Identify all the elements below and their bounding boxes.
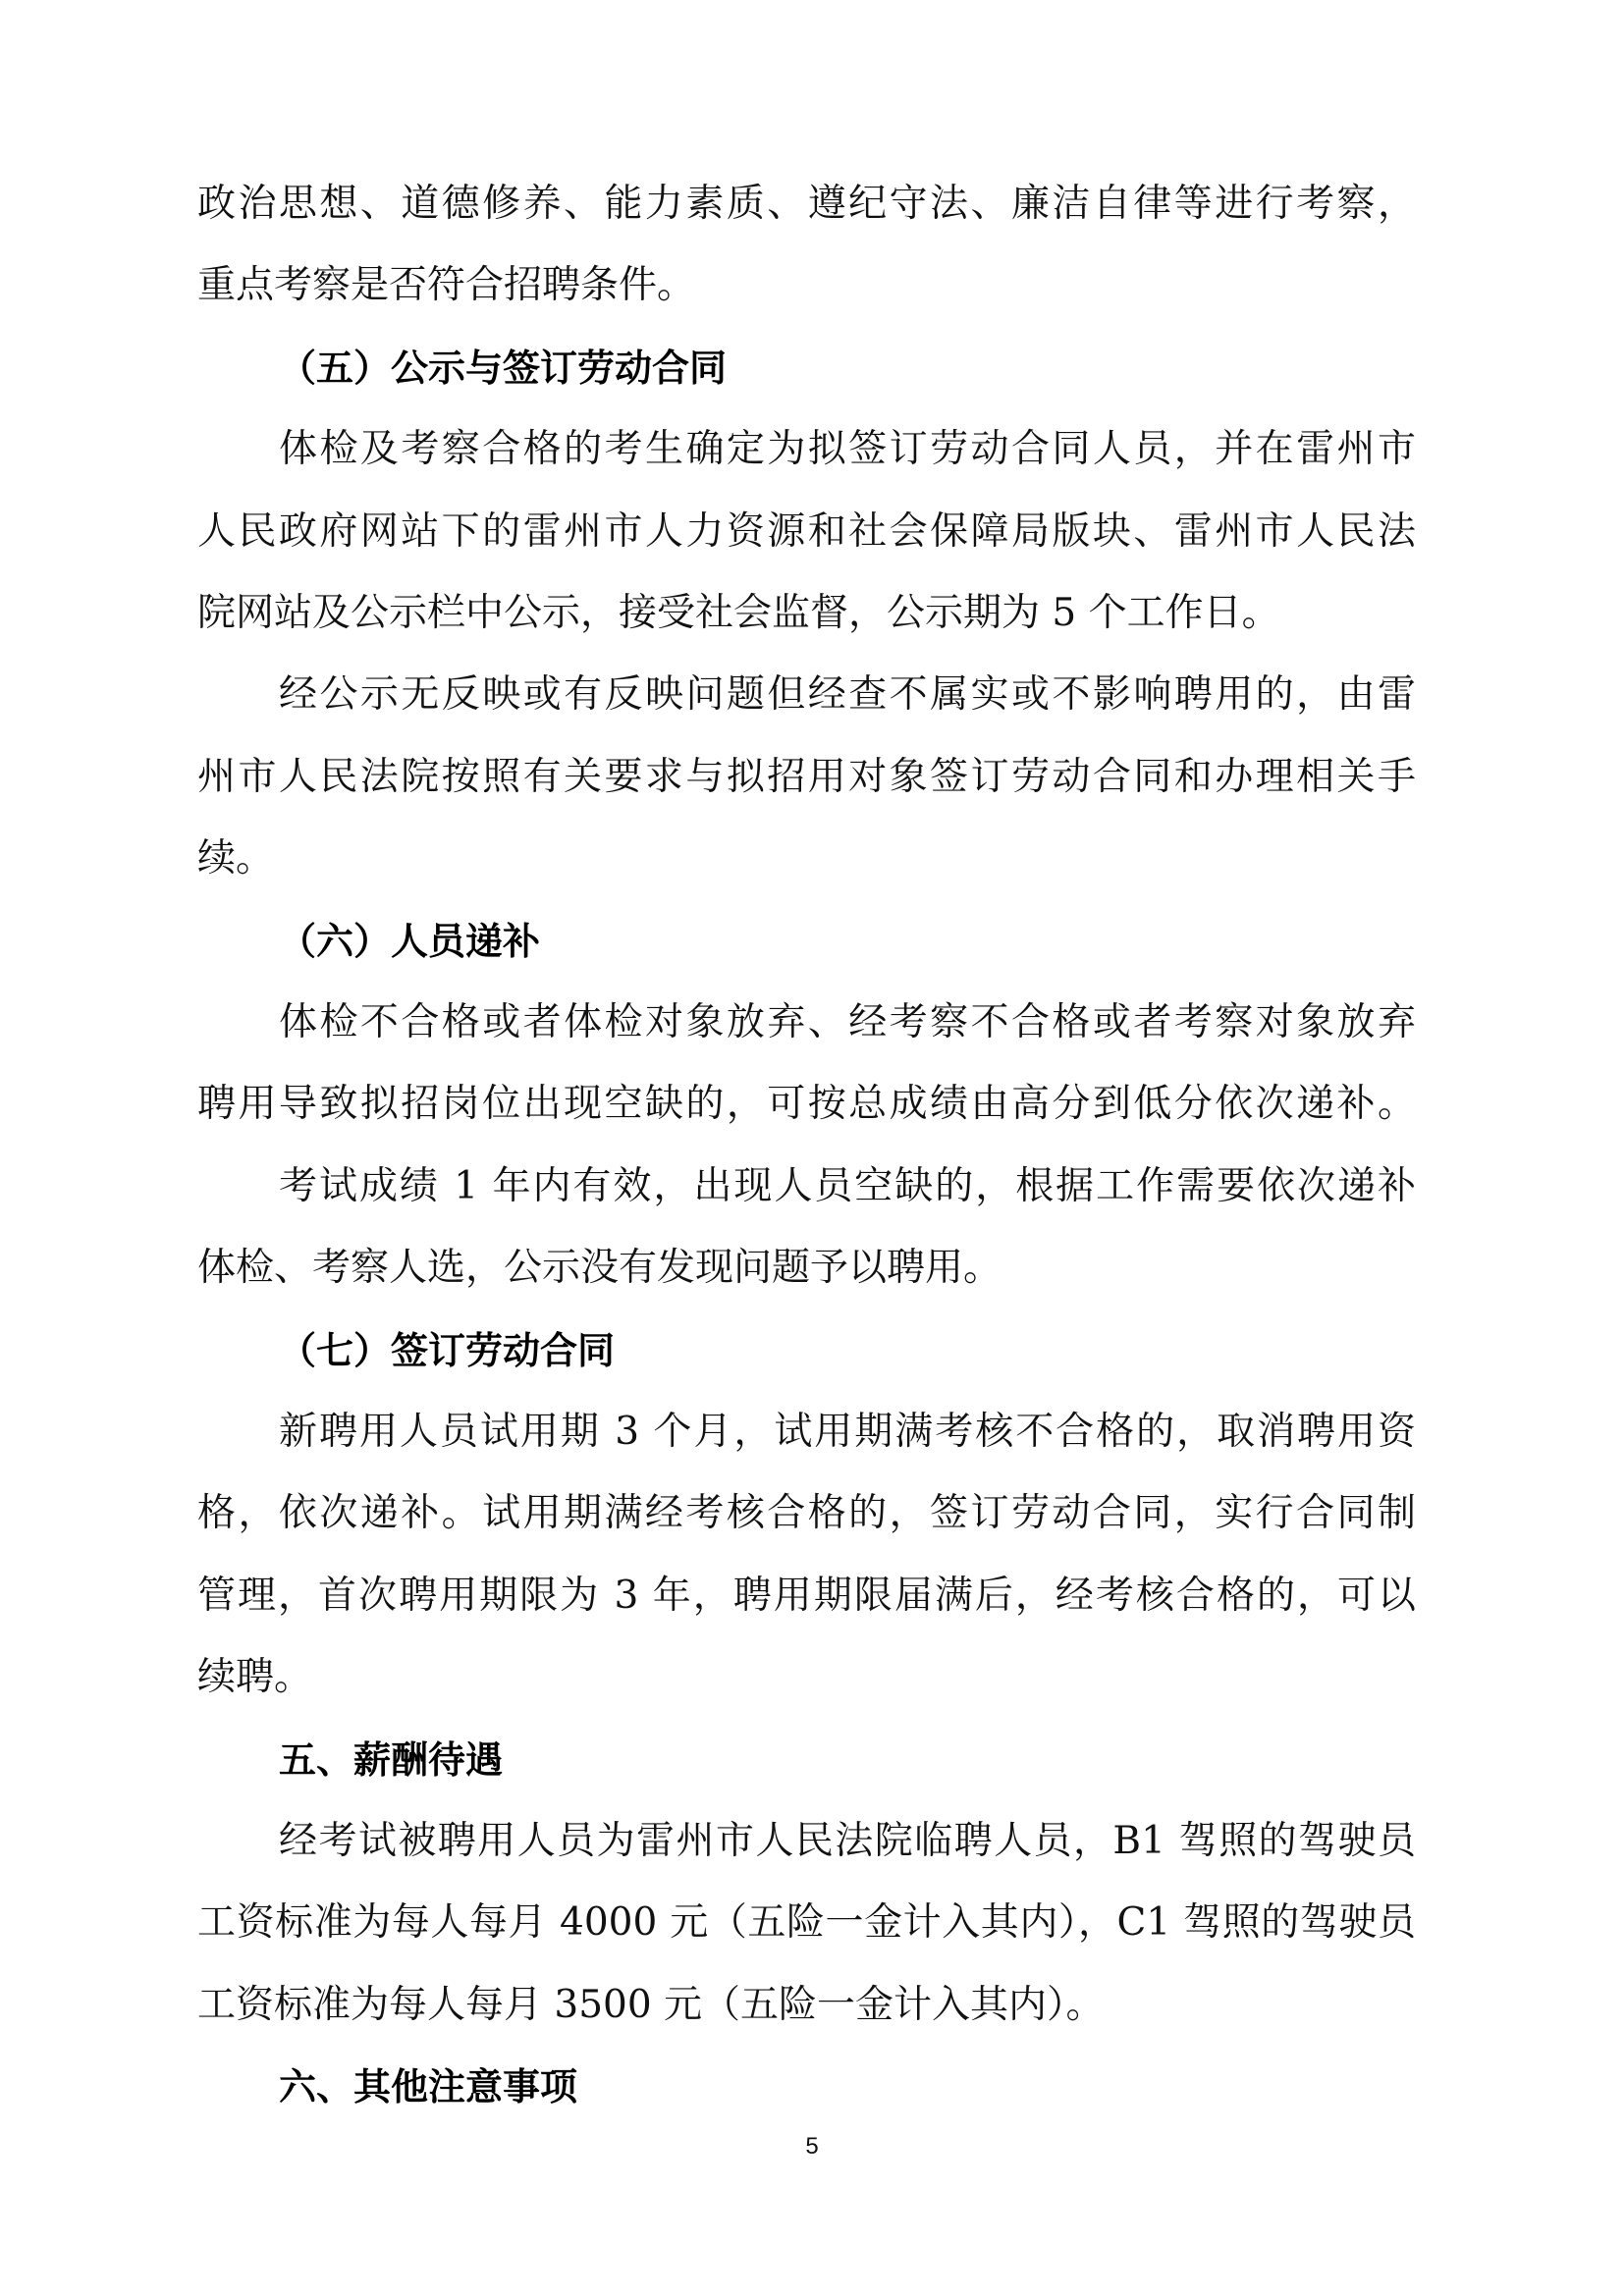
text-line-16: 新聘用人员试用期 3 个月，试用期满考核不合格的，取消聘用资 [279, 1408, 1416, 1457]
text-line-23: 工资标准为每人每月 3500 元（五险一金计入其内）。 [197, 1981, 1416, 2030]
page-number: 5 [802, 2132, 822, 2162]
section-heading-6: （六）人员递补 [279, 917, 1416, 966]
text-line-12: 聘用导致拟招岗位出现空缺的，可按总成绩由高分到低分依次递补。 [197, 1080, 1416, 1129]
text-line-13: 考试成绩 1 年内有效，出现人员空缺的，根据工作需要依次递补 [279, 1162, 1416, 1211]
text-line-4: 体检及考察合格的考生确定为拟签订劳动合同人员，并在雷州市 [279, 425, 1416, 474]
text-line-8: 州市人民法院按照有关要求与拟招用对象签订劳动合同和办理相关手 [197, 753, 1416, 802]
text-line-11: 体检不合格或者体检对象放弃、经考察不合格或者考察对象放弃 [279, 998, 1416, 1047]
text-line-18: 管理，首次聘用期限为 3 年，聘用期限届满后，经考核合格的，可以 [197, 1572, 1416, 1621]
text-line-1: 政治思想、道德修养、能力素质、遵纪守法、廉洁自律等进行考察， [197, 180, 1416, 229]
chapter-heading-other-notes: 六、其他注意事项 [279, 2062, 1416, 2111]
section-heading-5: （五）公示与签订劳动合同 [279, 344, 1416, 393]
text-line-2: 重点考察是否符合招聘条件。 [197, 261, 1416, 310]
text-line-5: 人民政府网站下的雷州市人力资源和社会保障局版块、雷州市人民法 [197, 507, 1416, 557]
text-line-6: 院网站及公示栏中公示，接受社会监督，公示期为 5 个工作日。 [197, 589, 1416, 638]
text-line-21: 经考试被聘用人员为雷州市人民法院临聘人员，B1 驾照的驾驶员 [279, 1817, 1416, 1866]
chapter-heading-salary: 五、薪酬待遇 [279, 1735, 1416, 1785]
text-line-17: 格，依次递补。试用期满经考核合格的，签订劳动合同，实行合同制 [197, 1489, 1416, 1538]
text-line-14: 体检、考察人选，公示没有发现问题予以聘用。 [197, 1244, 1416, 1293]
section-heading-7: （七）签订劳动合同 [279, 1326, 1416, 1375]
text-line-9: 续。 [197, 834, 1416, 883]
text-line-19: 续聘。 [197, 1653, 1416, 1702]
text-line-7: 经公示无反映或有反映问题但经查不属实或不影响聘用的，由雷 [279, 670, 1416, 720]
document-page: 政治思想、道德修养、能力素质、遵纪守法、廉洁自律等进行考察， 重点考察是否符合招… [0, 0, 1624, 2296]
text-line-22: 工资标准为每人每月 4000 元（五险一金计入其内），C1 驾照的驾驶员 [197, 1898, 1416, 1948]
